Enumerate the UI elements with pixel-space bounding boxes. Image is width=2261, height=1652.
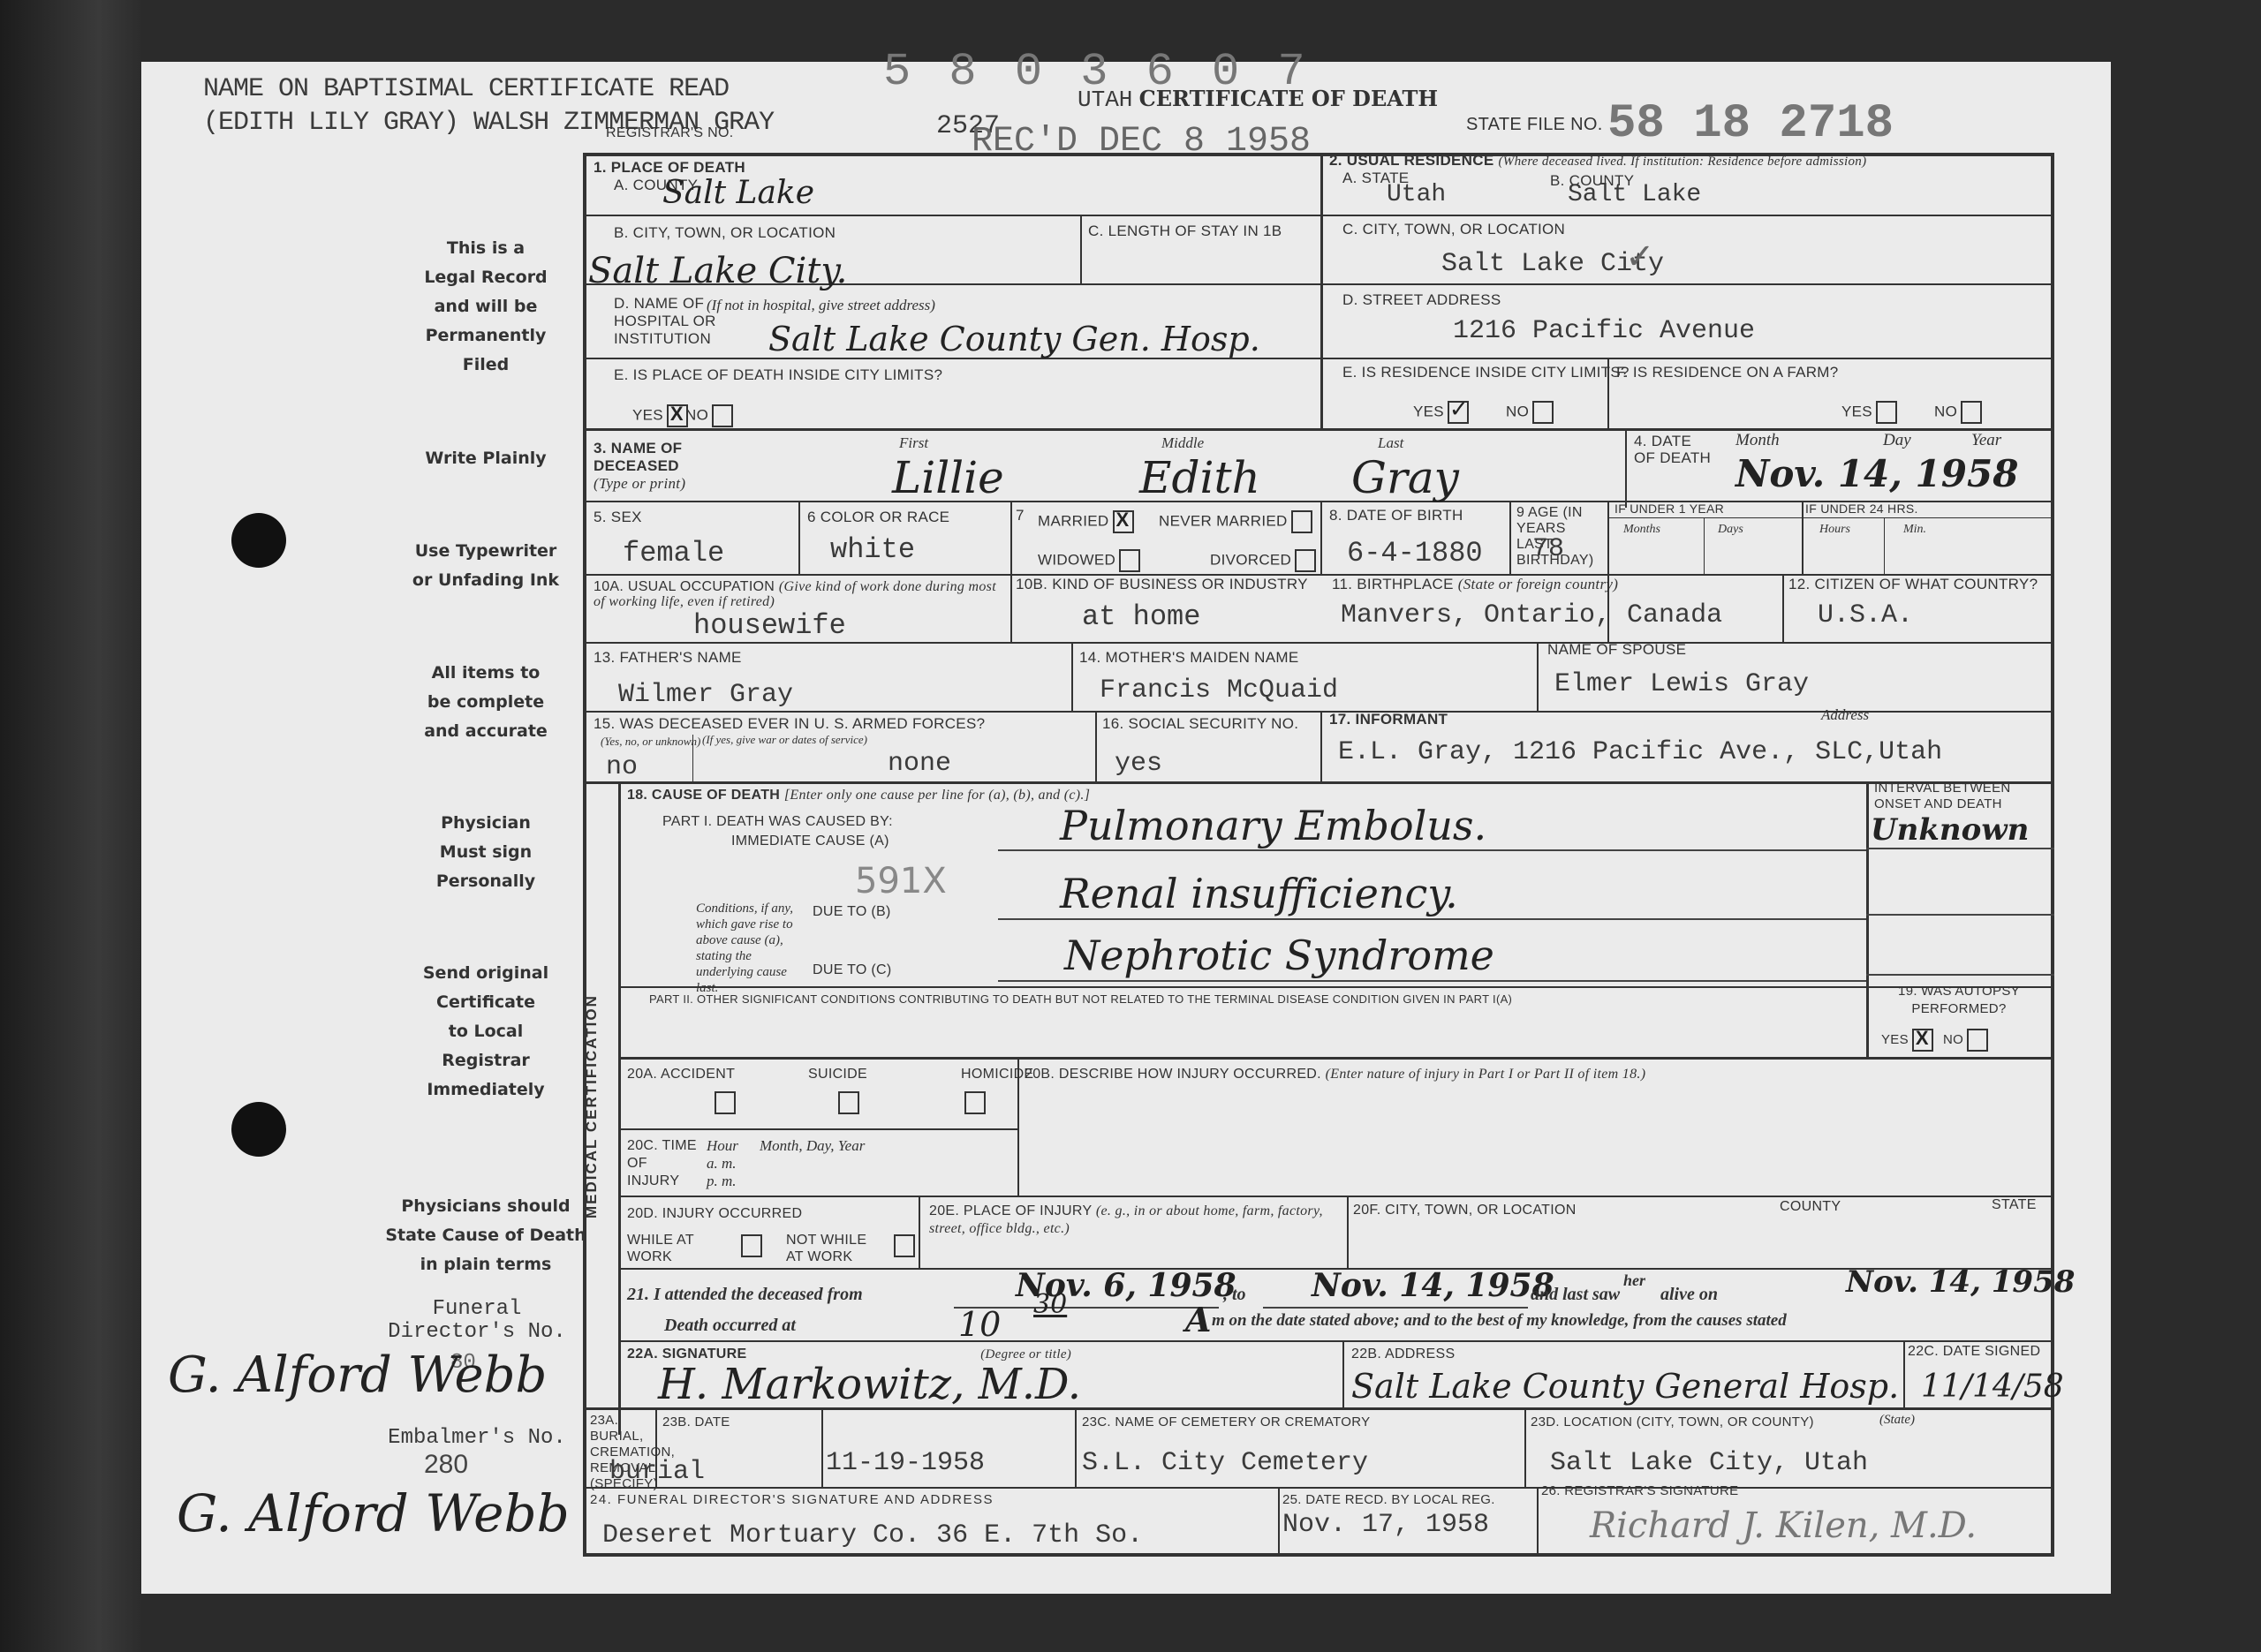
state-file-label: STATE FILE NO. (1466, 115, 1603, 135)
date-of-death-label: 4. DATE OF DEATH (1634, 433, 1713, 466)
punch-hole (231, 1102, 286, 1157)
embalmer-no-label: Embalmer's No. (371, 1426, 583, 1450)
note-send-original: Send originalCertificateto LocalRegistra… (362, 959, 609, 1105)
time-injury-label: 20c. TIME OF INJURY (627, 1137, 698, 1190)
marital-label: 7 (1016, 507, 1025, 524)
business-label: 10b. KIND OF BUSINESS OR INDUSTRY (1016, 576, 1308, 593)
cemetery-value[interactable]: S.L. City Cemetery (1082, 1448, 1368, 1478)
res-street[interactable]: 1216 Pacific Avenue (1453, 316, 1755, 346)
informant-address-label: Address (1821, 706, 1869, 724)
checkbox-checked-icon[interactable] (1912, 1029, 1933, 1052)
pod-county[interactable]: Salt Lake (662, 175, 814, 211)
checkbox-icon[interactable] (1295, 549, 1316, 572)
immediate-cause-value[interactable]: Pulmonary Embolus. (1060, 802, 1486, 849)
first-name[interactable]: Lillie (892, 452, 1004, 503)
res-inside-city-no[interactable]: NO (1506, 401, 1554, 424)
note-physicians-cause: Physicians shouldState Cause of Deathin … (353, 1192, 618, 1279)
father-value[interactable]: Wilmer Gray (618, 680, 793, 710)
checkbox-icon[interactable] (1291, 510, 1312, 533)
birthplace-value[interactable]: Manvers, Ontario, Canada (1341, 600, 1722, 630)
death-time-min[interactable]: 30 (1033, 1289, 1067, 1320)
certificate-title: UTAH CERTIFICATE OF DEATH (1078, 85, 1438, 113)
ssn-label: 16. SOCIAL SECURITY NO. (1102, 715, 1298, 733)
res-farm-no[interactable]: NO (1934, 401, 1982, 424)
not-while-work-label: NOT WHILE AT WORK (786, 1232, 883, 1265)
dob-label: 8. DATE OF BIRTH (1329, 507, 1463, 524)
days-label: Days (1718, 523, 1743, 537)
medical-certification-label: MEDICAL CERTIFICATION (583, 954, 601, 1218)
res-inside-city-label: e. IS RESIDENCE INSIDE CITY LIMITS? (1342, 364, 1630, 381)
cemetery-label: 23c. NAME OF CEMETERY OR CREMATORY (1082, 1414, 1370, 1429)
checkbox-checked-icon[interactable] (1113, 510, 1134, 533)
divorced-option[interactable]: DIVORCED (1210, 549, 1316, 572)
due-to-b-label: DUE TO (b) (813, 904, 891, 920)
death-occurred-label: Death occurred at (664, 1316, 796, 1336)
alive-on-label: alive on (1660, 1285, 1718, 1305)
burial-state-label: (State) (1879, 1413, 1915, 1428)
under-1-year-label: IF UNDER 1 YEAR (1614, 502, 1724, 516)
war-service-value[interactable]: none (888, 749, 951, 779)
mdy-label: Month, Day, Year (760, 1137, 865, 1155)
date-recd-label: 25. DATE RECD. BY LOCAL REG. (1282, 1492, 1495, 1507)
hours-label: Hours (1819, 523, 1850, 537)
first-name-label: First (899, 434, 928, 452)
cause-of-death-label: 18. CAUSE OF DEATH [Enter only one cause… (627, 788, 1090, 803)
immediate-cause-label: IMMEDIATE CAUSE (a) (731, 834, 889, 849)
hour-label: Hour (707, 1137, 738, 1155)
due-to-c-value[interactable]: Nephrotic Syndrome (1064, 932, 1494, 979)
autopsy-no[interactable]: NO (1943, 1029, 1988, 1052)
due-to-b-value[interactable]: Renal insufficiency. (1060, 870, 1458, 917)
part1-label: PART I. DEATH WAS CAUSED BY: (662, 814, 893, 830)
suicide-checkbox[interactable] (835, 1091, 859, 1114)
interval-label: INTERVAL BETWEEN ONSET AND DEATH (1874, 781, 2042, 812)
mother-value[interactable]: Francis McQuaid (1100, 675, 1338, 705)
res-farm-label: f. IS RESIDENCE ON A FARM? (1616, 364, 1839, 381)
autopsy-label: 19. WAS AUTOPSY PERFORMED? (1871, 983, 2047, 1018)
baptismal-note-line1: NAME ON BAPTISIMAL CERTIFICATE READ (203, 74, 729, 104)
injury-desc-label: 20b. DESCRIBE HOW INJURY OCCURRED. (Ente… (1025, 1067, 1645, 1082)
while-work-label: WHILE AT WORK (627, 1232, 698, 1265)
father-label: 13. FATHER'S NAME (594, 649, 742, 667)
funeral-director-no-label: Funeral Director's No. (371, 1298, 583, 1344)
sex-value[interactable]: female (623, 537, 724, 570)
place-injury-label: 20e. PLACE OF INJURY (e. g., in or about… (929, 1203, 1344, 1238)
spouse-value[interactable]: Elmer Lewis Gray (1554, 669, 1809, 699)
attended-to[interactable]: Nov. 14, 1958 (1312, 1267, 1554, 1304)
pm-label: p. m. (707, 1173, 737, 1190)
accident-label: 20a. ACCIDENT (627, 1067, 735, 1082)
min-label: Min. (1903, 523, 1926, 537)
interval-value[interactable]: Unknown (1871, 812, 2029, 848)
armed-forces-value[interactable]: no (606, 752, 638, 782)
funeral-director-value[interactable]: Deseret Mortuary Co. 36 E. 7th So. (602, 1520, 1143, 1550)
alive-on-value[interactable]: Nov. 14, 1958 (1846, 1264, 2075, 1300)
spouse-label: NAME OF SPOUSE (1547, 641, 1686, 659)
informant-value[interactable]: E.L. Gray, 1216 Pacific Ave., SLC,Utah (1338, 737, 1942, 767)
armed-forces-hint2: (If yes, give war or dates of service) (702, 733, 867, 747)
checkbox-icon[interactable] (1876, 401, 1897, 424)
disposition-date-label: 23b. DATE (662, 1414, 730, 1429)
physician-address-label: 22b. ADDRESS (1351, 1346, 1455, 1362)
autopsy-yes[interactable]: YES (1881, 1029, 1933, 1052)
funeral-director-signature: G. Alford Webb (168, 1346, 547, 1404)
checkbox-icon[interactable] (1119, 549, 1140, 572)
res-inside-city-yes[interactable]: YES (1413, 401, 1469, 424)
ssn-value[interactable]: yes (1115, 749, 1162, 779)
deceased-name-label: 3. NAME OF DECEASED(Type or print) (594, 440, 726, 493)
attestation-statement: m on the date stated above; and to the b… (1212, 1311, 1787, 1331)
burial-location[interactable]: Salt Lake City, Utah (1550, 1448, 1868, 1478)
disposition-date[interactable]: 11-19-1958 (826, 1448, 985, 1478)
injury-state-label: STATE (1992, 1197, 2037, 1213)
checkbox-icon[interactable] (715, 1091, 736, 1114)
to-label: , to (1223, 1285, 1246, 1305)
pod-city[interactable]: Salt Lake City. (588, 251, 847, 291)
month-label: Month (1735, 431, 1780, 450)
checkbox-checked-icon[interactable] (1448, 401, 1469, 424)
date-signed-label: 22c. DATE SIGNED (1908, 1344, 2040, 1360)
usual-residence-label: 2. USUAL RESIDENCE (Where deceased lived… (1329, 152, 1866, 170)
punch-hole (231, 513, 286, 568)
pod-hospital[interactable]: Salt Lake County Gen. Hosp. (768, 320, 1260, 358)
death-time-ampm[interactable]: A (1185, 1300, 1211, 1339)
physician-address[interactable]: Salt Lake County General Hosp. (1351, 1367, 1899, 1406)
injury-occurred-label: 20d. INJURY OCCURRED (627, 1206, 802, 1222)
funeral-director-sig-label: 24. FUNERAL DIRECTOR'S SIGNATURE AND ADD… (590, 1492, 994, 1507)
date-of-death[interactable]: Nov. 14, 1958 (1735, 452, 2018, 495)
business-value[interactable]: at home (1082, 600, 1200, 633)
race-label: 6 COLOR OR RACE (807, 509, 949, 526)
date-recd-value[interactable]: Nov. 17, 1958 (1282, 1510, 1489, 1540)
middle-name-label: Middle (1161, 434, 1204, 452)
injury-city-label: 20f. CITY, TOWN, OR LOCATION (1353, 1203, 1577, 1218)
res-farm-yes[interactable]: YES (1841, 401, 1897, 424)
state-file-no: 58 18 2718 (1607, 97, 1894, 151)
checkbox-icon[interactable] (1961, 401, 1982, 424)
year-label: Year (1971, 431, 2001, 450)
under-24-hrs-label: IF UNDER 24 HRS. (1805, 502, 1918, 516)
armed-forces-hint1: (Yes, no, or unknown) (601, 735, 700, 749)
informant-label: 17. INFORMANT (1329, 711, 1448, 728)
pod-inside-city-no[interactable]: NO (685, 404, 733, 427)
months-label: Months (1623, 523, 1660, 537)
res-state[interactable]: Utah (1387, 181, 1446, 208)
checkbox-icon[interactable] (1532, 401, 1554, 424)
pod-hospital-hint: (If not in hospital, give street address… (707, 297, 935, 314)
physician-signature[interactable]: H. Markowitz, M.D. (658, 1360, 1081, 1409)
not-while-work-checkbox[interactable] (890, 1234, 915, 1257)
title-text: CERTIFICATE OF DEATH (1139, 86, 1438, 111)
birthplace-label: 11. BIRTHPLACE (State or foreign country… (1332, 576, 1618, 593)
note-physician-sign: PhysicianMust signPersonally (362, 809, 609, 896)
homicide-label: HOMICIDE (961, 1067, 1033, 1082)
checkbox-icon[interactable] (964, 1091, 986, 1114)
pod-city-label: b. CITY, TOWN, OR LOCATION (614, 224, 836, 242)
day-label: Day (1883, 431, 1911, 450)
attended-label: 21. I attended the deceased from (627, 1285, 863, 1305)
am-label: a. m. (707, 1155, 737, 1173)
checkbox-icon[interactable] (712, 404, 733, 427)
disposition-method[interactable]: burial (609, 1457, 705, 1487)
due-to-c-label: DUE TO (c) (813, 962, 892, 978)
registrar-signature-label: 26. REGISTRAR'S SIGNATURE (1541, 1483, 1738, 1498)
married-option[interactable]: MARRIED (1038, 510, 1134, 533)
pod-inside-city-yes[interactable]: YES (632, 404, 688, 427)
note-write-plainly: Write Plainly (362, 444, 609, 473)
checkbox-icon[interactable] (741, 1234, 762, 1257)
never-married-option[interactable]: NEVER MARRIED (1159, 510, 1312, 533)
injury-county-label: COUNTY (1780, 1199, 1841, 1215)
place-of-death-label: 1. PLACE OF DEATH (594, 159, 745, 177)
embalmer-signature: G. Alford Webb (177, 1483, 570, 1543)
note-legal-record: This is aLegal Recordand will bePermanen… (362, 234, 609, 380)
embalmer-no: 280 (424, 1450, 468, 1480)
title-prefix: UTAH (1078, 87, 1132, 113)
registrar-signature[interactable]: Richard J. Kilen, M.D. (1590, 1505, 1977, 1546)
homicide-checkbox[interactable] (961, 1091, 986, 1114)
part2-label: PART II. OTHER SIGNIFICANT CONDITIONS CO… (649, 992, 1512, 1006)
checkbox-icon[interactable] (1967, 1029, 1988, 1052)
pronoun-value[interactable]: her (1623, 1271, 1645, 1290)
last-saw-label: and last saw (1531, 1285, 1620, 1305)
middle-name[interactable]: Edith (1139, 452, 1260, 503)
checkbox-icon[interactable] (894, 1234, 915, 1257)
citizen-value[interactable]: U.S.A. (1818, 600, 1913, 630)
sex-label: 5. SEX (594, 509, 642, 526)
death-time-hour[interactable]: 10 (958, 1305, 1001, 1344)
dob-value[interactable]: 6-4-1880 (1347, 537, 1483, 570)
date-signed-value[interactable]: 11/14/58 (1921, 1369, 2064, 1405)
checkmark-icon: ✓ (1625, 237, 1655, 277)
accident-checkbox[interactable] (711, 1091, 736, 1114)
age-value[interactable]: 78 (1532, 534, 1564, 564)
res-city-label: c. CITY, TOWN, OR LOCATION (1342, 221, 1565, 238)
checkbox-icon[interactable] (838, 1091, 859, 1114)
registrar-no-label: REGISTRAR'S NO. (606, 125, 733, 141)
note-complete: All items tobe completeand accurate (362, 659, 609, 746)
code-annotation: 591X (855, 861, 947, 901)
scan-border (0, 0, 141, 1652)
mother-label: 14. MOTHER'S MAIDEN NAME (1079, 649, 1298, 667)
conditions-hint: Conditions, if any, which gave rise to a… (696, 901, 798, 996)
res-county[interactable]: Salt Lake (1568, 181, 1701, 208)
pod-inside-city-label: e. IS PLACE OF DEATH INSIDE CITY LIMITS? (614, 366, 942, 384)
occupation-label: 10a. USUAL OCCUPATION (Give kind of work… (594, 579, 1009, 609)
race-value[interactable]: white (830, 533, 915, 566)
last-name-label: Last (1378, 434, 1403, 452)
burial-location-label: 23d. LOCATION (City, town, or county) (1531, 1414, 1814, 1429)
armed-forces-label: 15. WAS DECEASED EVER IN U. S. ARMED FOR… (594, 715, 985, 733)
note-typewriter: Use Typewriteror Unfading Ink (362, 537, 609, 595)
res-street-label: d. STREET ADDRESS (1342, 291, 1501, 309)
widowed-option[interactable]: WIDOWED (1038, 549, 1140, 572)
last-name[interactable]: Gray (1351, 452, 1459, 503)
pod-stay-label: c. LENGTH OF STAY IN 1b (1088, 223, 1282, 240)
while-work-checkbox[interactable] (737, 1234, 762, 1257)
suicide-label: SUICIDE (808, 1067, 867, 1082)
citizen-label: 12. CITIZEN OF WHAT COUNTRY? (1788, 576, 2038, 593)
occupation-value[interactable]: housewife (693, 609, 846, 642)
